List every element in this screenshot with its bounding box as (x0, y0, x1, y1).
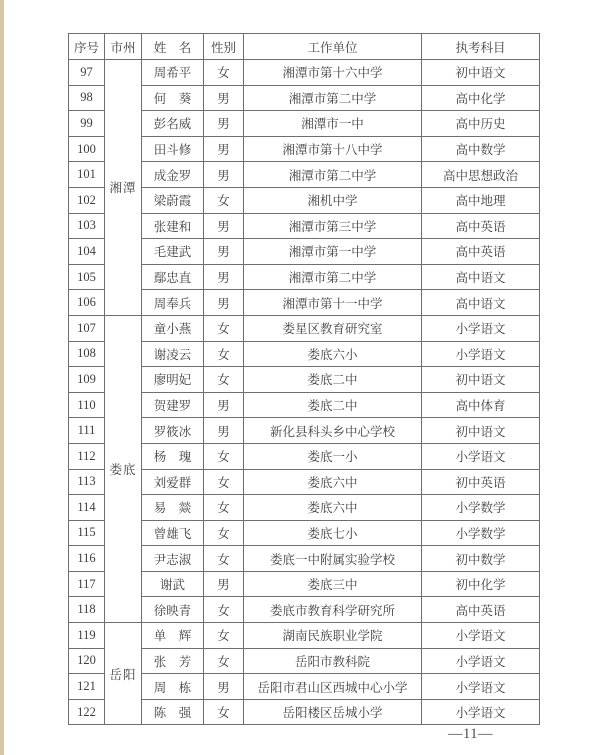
cell-subject: 小学语文 (422, 648, 540, 674)
cell-no: 107 (69, 315, 105, 341)
cell-unit: 娄底七小 (244, 520, 422, 546)
cell-unit: 娄底六中 (244, 469, 422, 495)
cell-name: 廖明妃 (142, 367, 204, 393)
cell-no: 115 (69, 520, 105, 546)
cell-no: 114 (69, 495, 105, 521)
cell-subject: 高中化学 (422, 85, 540, 111)
cell-name: 杨 瑰 (142, 443, 204, 469)
cell-subject: 初中语文 (422, 60, 540, 86)
cell-no: 117 (69, 571, 105, 597)
cell-gender: 女 (204, 187, 244, 213)
cell-no: 99 (69, 111, 105, 137)
cell-name: 梁蔚霞 (142, 187, 204, 213)
cell-unit: 岳阳市君山区西城中心小学 (244, 674, 422, 700)
cell-no: 110 (69, 392, 105, 418)
table-row: 119岳阳单 辉女湖南民族职业学院小学语文 (69, 623, 540, 649)
cell-unit: 娄底二中 (244, 367, 422, 393)
cell-name: 刘爱群 (142, 469, 204, 495)
cell-gender: 男 (204, 418, 244, 444)
cell-gender: 女 (204, 648, 244, 674)
cell-gender: 女 (204, 341, 244, 367)
cell-name: 尹志淑 (142, 546, 204, 572)
cell-subject: 初中英语 (422, 469, 540, 495)
cell-subject: 高中数学 (422, 136, 540, 162)
cell-unit: 娄底六小 (244, 341, 422, 367)
cell-gender: 女 (204, 495, 244, 521)
cell-subject: 小学语文 (422, 341, 540, 367)
cell-no: 121 (69, 674, 105, 700)
cell-subject: 小学数学 (422, 495, 540, 521)
cell-gender: 男 (204, 239, 244, 265)
cell-no: 109 (69, 367, 105, 393)
cell-name: 毛建武 (142, 239, 204, 265)
column-header-unit: 工作单位 (244, 34, 422, 60)
cell-no: 103 (69, 213, 105, 239)
cell-gender: 女 (204, 469, 244, 495)
column-header-city: 市州 (105, 34, 142, 60)
table-row: 107娄底童小燕女娄星区教育研究室小学语文 (69, 315, 540, 341)
column-header-name: 姓 名 (142, 34, 204, 60)
cell-subject: 高中英语 (422, 597, 540, 623)
cell-unit: 娄星区教育研究室 (244, 315, 422, 341)
cell-unit: 娄底一中附属实验学校 (244, 546, 422, 572)
column-header-no: 序号 (69, 34, 105, 60)
cell-subject: 小学语文 (422, 315, 540, 341)
cell-gender: 女 (204, 623, 244, 649)
cell-gender: 男 (204, 674, 244, 700)
cell-subject: 高中体育 (422, 392, 540, 418)
cell-subject: 小学语文 (422, 623, 540, 649)
cell-unit: 湘潭市第十一中学 (244, 290, 422, 316)
cell-gender: 男 (204, 571, 244, 597)
cell-no: 113 (69, 469, 105, 495)
cell-no: 112 (69, 443, 105, 469)
cell-gender: 女 (204, 443, 244, 469)
cell-gender: 男 (204, 213, 244, 239)
cell-gender: 女 (204, 597, 244, 623)
cell-unit: 湘潭市第一中学 (244, 239, 422, 265)
cell-gender: 男 (204, 111, 244, 137)
header-row: 序号市州姓 名性别工作单位执考科目 (69, 34, 540, 60)
cell-name: 童小燕 (142, 315, 204, 341)
cell-unit: 湘潭市第二中学 (244, 264, 422, 290)
cell-no: 111 (69, 418, 105, 444)
cell-name: 张建和 (142, 213, 204, 239)
cell-no: 106 (69, 290, 105, 316)
cell-gender: 女 (204, 60, 244, 86)
cell-no: 101 (69, 162, 105, 188)
cell-gender: 女 (204, 520, 244, 546)
cell-name: 贺建罗 (142, 392, 204, 418)
cell-unit: 湘潭市第二中学 (244, 162, 422, 188)
cell-no: 98 (69, 85, 105, 111)
cell-subject: 初中数学 (422, 546, 540, 572)
cell-unit: 湘潭市第二中学 (244, 85, 422, 111)
cell-unit: 湘潭市第十八中学 (244, 136, 422, 162)
cell-gender: 女 (204, 699, 244, 725)
cell-subject: 小学语文 (422, 674, 540, 700)
cell-gender: 男 (204, 392, 244, 418)
cell-no: 105 (69, 264, 105, 290)
cell-subject: 初中语文 (422, 418, 540, 444)
cell-name: 田斗修 (142, 136, 204, 162)
cell-no: 119 (69, 623, 105, 649)
cell-subject: 小学数学 (422, 520, 540, 546)
cell-gender: 女 (204, 315, 244, 341)
page-number: —11— (448, 726, 493, 743)
cell-subject: 小学语文 (422, 699, 540, 725)
page-edge-strip (0, 0, 4, 755)
cell-no: 102 (69, 187, 105, 213)
cell-gender: 男 (204, 85, 244, 111)
cell-gender: 男 (204, 162, 244, 188)
cell-gender: 男 (204, 290, 244, 316)
cell-subject: 高中语文 (422, 264, 540, 290)
cell-name: 何 葵 (142, 85, 204, 111)
cell-name: 单 辉 (142, 623, 204, 649)
cell-name: 周奉兵 (142, 290, 204, 316)
cell-subject: 初中化学 (422, 571, 540, 597)
cell-gender: 女 (204, 546, 244, 572)
teacher-roster-table: 序号市州姓 名性别工作单位执考科目 97湘潭周希平女湘潭市第十六中学初中语文98… (68, 33, 540, 725)
cell-name: 曾雄飞 (142, 520, 204, 546)
table-body: 97湘潭周希平女湘潭市第十六中学初中语文98何 葵男湘潭市第二中学高中化学99彭… (69, 60, 540, 725)
cell-no: 118 (69, 597, 105, 623)
cell-unit: 湘潭市第三中学 (244, 213, 422, 239)
cell-unit: 湘潭市一中 (244, 111, 422, 137)
cell-name: 周 栋 (142, 674, 204, 700)
column-header-gender: 性别 (204, 34, 244, 60)
cell-no: 100 (69, 136, 105, 162)
cell-unit: 新化县科头乡中心学校 (244, 418, 422, 444)
cell-no: 116 (69, 546, 105, 572)
cell-name: 易 燚 (142, 495, 204, 521)
cell-city: 岳阳 (105, 623, 142, 725)
column-header-subject: 执考科目 (422, 34, 540, 60)
cell-name: 鄢忠直 (142, 264, 204, 290)
cell-subject: 高中地理 (422, 187, 540, 213)
cell-name: 周希平 (142, 60, 204, 86)
cell-unit: 岳阳楼区岳城小学 (244, 699, 422, 725)
cell-subject: 高中语文 (422, 290, 540, 316)
cell-subject: 高中英语 (422, 213, 540, 239)
cell-name: 张 芳 (142, 648, 204, 674)
cell-name: 谢武 (142, 571, 204, 597)
cell-unit: 娄底三中 (244, 571, 422, 597)
cell-gender: 男 (204, 264, 244, 290)
cell-subject: 小学语文 (422, 443, 540, 469)
cell-name: 徐映青 (142, 597, 204, 623)
table-header: 序号市州姓 名性别工作单位执考科目 (69, 34, 540, 60)
cell-subject: 高中英语 (422, 239, 540, 265)
cell-unit: 娄底市教育科学研究所 (244, 597, 422, 623)
cell-unit: 岳阳市教科院 (244, 648, 422, 674)
cell-no: 120 (69, 648, 105, 674)
cell-unit: 娄底一小 (244, 443, 422, 469)
cell-subject: 初中语文 (422, 367, 540, 393)
cell-unit: 娄底二中 (244, 392, 422, 418)
cell-name: 谢凌云 (142, 341, 204, 367)
cell-gender: 女 (204, 367, 244, 393)
cell-city: 娄底 (105, 315, 142, 622)
table-row: 97湘潭周希平女湘潭市第十六中学初中语文 (69, 60, 540, 86)
cell-no: 122 (69, 699, 105, 725)
cell-city: 湘潭 (105, 60, 142, 316)
cell-name: 罗筱冰 (142, 418, 204, 444)
cell-subject: 高中思想政治 (422, 162, 540, 188)
cell-unit: 娄底六中 (244, 495, 422, 521)
cell-unit: 湘机中学 (244, 187, 422, 213)
cell-unit: 湖南民族职业学院 (244, 623, 422, 649)
cell-unit: 湘潭市第十六中学 (244, 60, 422, 86)
cell-no: 104 (69, 239, 105, 265)
cell-name: 陈 强 (142, 699, 204, 725)
cell-gender: 男 (204, 136, 244, 162)
cell-no: 97 (69, 60, 105, 86)
cell-no: 108 (69, 341, 105, 367)
cell-name: 彭名威 (142, 111, 204, 137)
cell-name: 成金罗 (142, 162, 204, 188)
cell-subject: 高中历史 (422, 111, 540, 137)
